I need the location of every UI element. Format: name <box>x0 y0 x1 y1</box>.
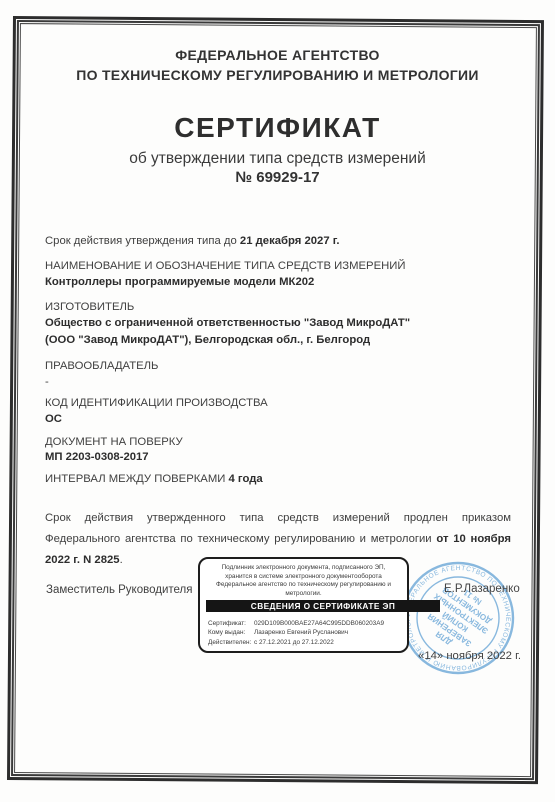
field-validity-label: Срок действия утверждения типа до <box>45 235 240 247</box>
agency-name-line2: ПО ТЕХНИЧЕСКОМУ РЕГУЛИРОВАНИЮ И МЕТРОЛОГ… <box>0 67 555 83</box>
field-manufacturer-value-line1: Общество с ограниченной ответственностью… <box>45 317 410 329</box>
esign-cert-row: Сертификат:029D109B000BAE27A64C995DDB060… <box>208 619 384 628</box>
signature-date: «14» ноября 2022 г. <box>390 650 521 662</box>
agency-name-line1: ФЕДЕРАЛЬНОЕ АГЕНТСТВО <box>0 47 555 63</box>
esign-cert-label: Сертификат: <box>208 619 254 628</box>
field-production-code-label: КОД ИДЕНТИФИКАЦИИ ПРОИЗВОДСТВА <box>45 397 268 409</box>
esign-valid-label: Действителен: <box>208 638 254 647</box>
field-name-type-value: Контроллеры программируемые модели МК202 <box>45 276 314 288</box>
esign-bar-title: СВЕДЕНИЯ О СЕРТИФИКАТЕ ЭП <box>206 600 440 612</box>
field-verification-interval-label: ИНТЕРВАЛ МЕЖДУ ПОВЕРКАМИ <box>45 473 229 485</box>
esign-issued-value: Лазаренко Евгений Русланович <box>254 629 348 636</box>
field-rights-holder-label: ПРАВООБЛАДАТЕЛЬ <box>45 360 158 372</box>
esign-head-line1: Подлинник электронного документа, подпис… <box>200 564 407 573</box>
esign-details: Сертификат:029D109B000BAE27A64C995DDB060… <box>208 619 384 647</box>
field-verification-doc-label: ДОКУМЕНТ НА ПОВЕРКУ <box>45 436 183 448</box>
stamp-seal-icon: ФЕДЕРАЛЬНОЕ АГЕНТСТВО ПО ТЕХНИЧЕСКОМУ РЕ… <box>393 553 523 683</box>
field-verification-doc-value: МП 2203-0308-2017 <box>45 451 149 463</box>
field-manufacturer-label: ИЗГОТОВИТЕЛЬ <box>45 301 134 313</box>
signatory-position: Заместитель Руководителя <box>46 584 192 596</box>
certificate-title: СЕРТИФИКАТ <box>0 112 555 144</box>
esign-valid-value: с 27.12.2021 до 27.12.2022 <box>254 639 334 646</box>
field-production-code-value: ОС <box>45 413 62 425</box>
field-manufacturer-value-line2: (ООО "Завод МикроДАТ"), Белгородская обл… <box>45 334 370 346</box>
field-validity-value: 21 декабря 2027 г. <box>240 235 340 247</box>
field-verification-interval: ИНТЕРВАЛ МЕЖДУ ПОВЕРКАМИ 4 года <box>45 473 263 485</box>
esign-info-box: Подлинник электронного документа, подпис… <box>198 557 409 653</box>
certificate-number: № 69929-17 <box>0 169 555 186</box>
extension-period: . <box>120 554 123 566</box>
signatory-name: Е.Р.Лазаренко <box>444 583 520 595</box>
esign-head-line2: хранится в системе электронного документ… <box>200 573 407 582</box>
certificate-subtitle: об утверждении типа средств измерений <box>0 150 555 168</box>
esign-cert-value: 029D109B000BAE27A64C995DDB060203A9 <box>254 620 384 627</box>
field-rights-holder-value: - <box>45 376 49 388</box>
esign-valid-row: Действителен:с 27.12.2021 до 27.12.2022 <box>208 638 384 647</box>
esign-issued-row: Кому выдан:Лазаренко Евгений Русланович <box>208 628 384 637</box>
esign-head-line4: метрологии. <box>200 590 407 599</box>
esign-head-line3: Федеральное агентство по техническому ре… <box>200 581 407 590</box>
esign-issued-label: Кому выдан: <box>208 628 254 637</box>
field-validity: Срок действия утверждения типа до 21 дек… <box>45 235 339 247</box>
blue-round-stamp: ФЕДЕРАЛЬНОЕ АГЕНТСТВО ПО ТЕХНИЧЕСКОМУ РЕ… <box>393 553 523 683</box>
esign-box-header: Подлинник электронного документа, подпис… <box>200 564 407 598</box>
field-name-type-label: НАИМЕНОВАНИЕ И ОБОЗНАЧЕНИЕ ТИПА СРЕДСТВ … <box>45 260 406 272</box>
field-verification-interval-value: 4 года <box>229 473 263 485</box>
